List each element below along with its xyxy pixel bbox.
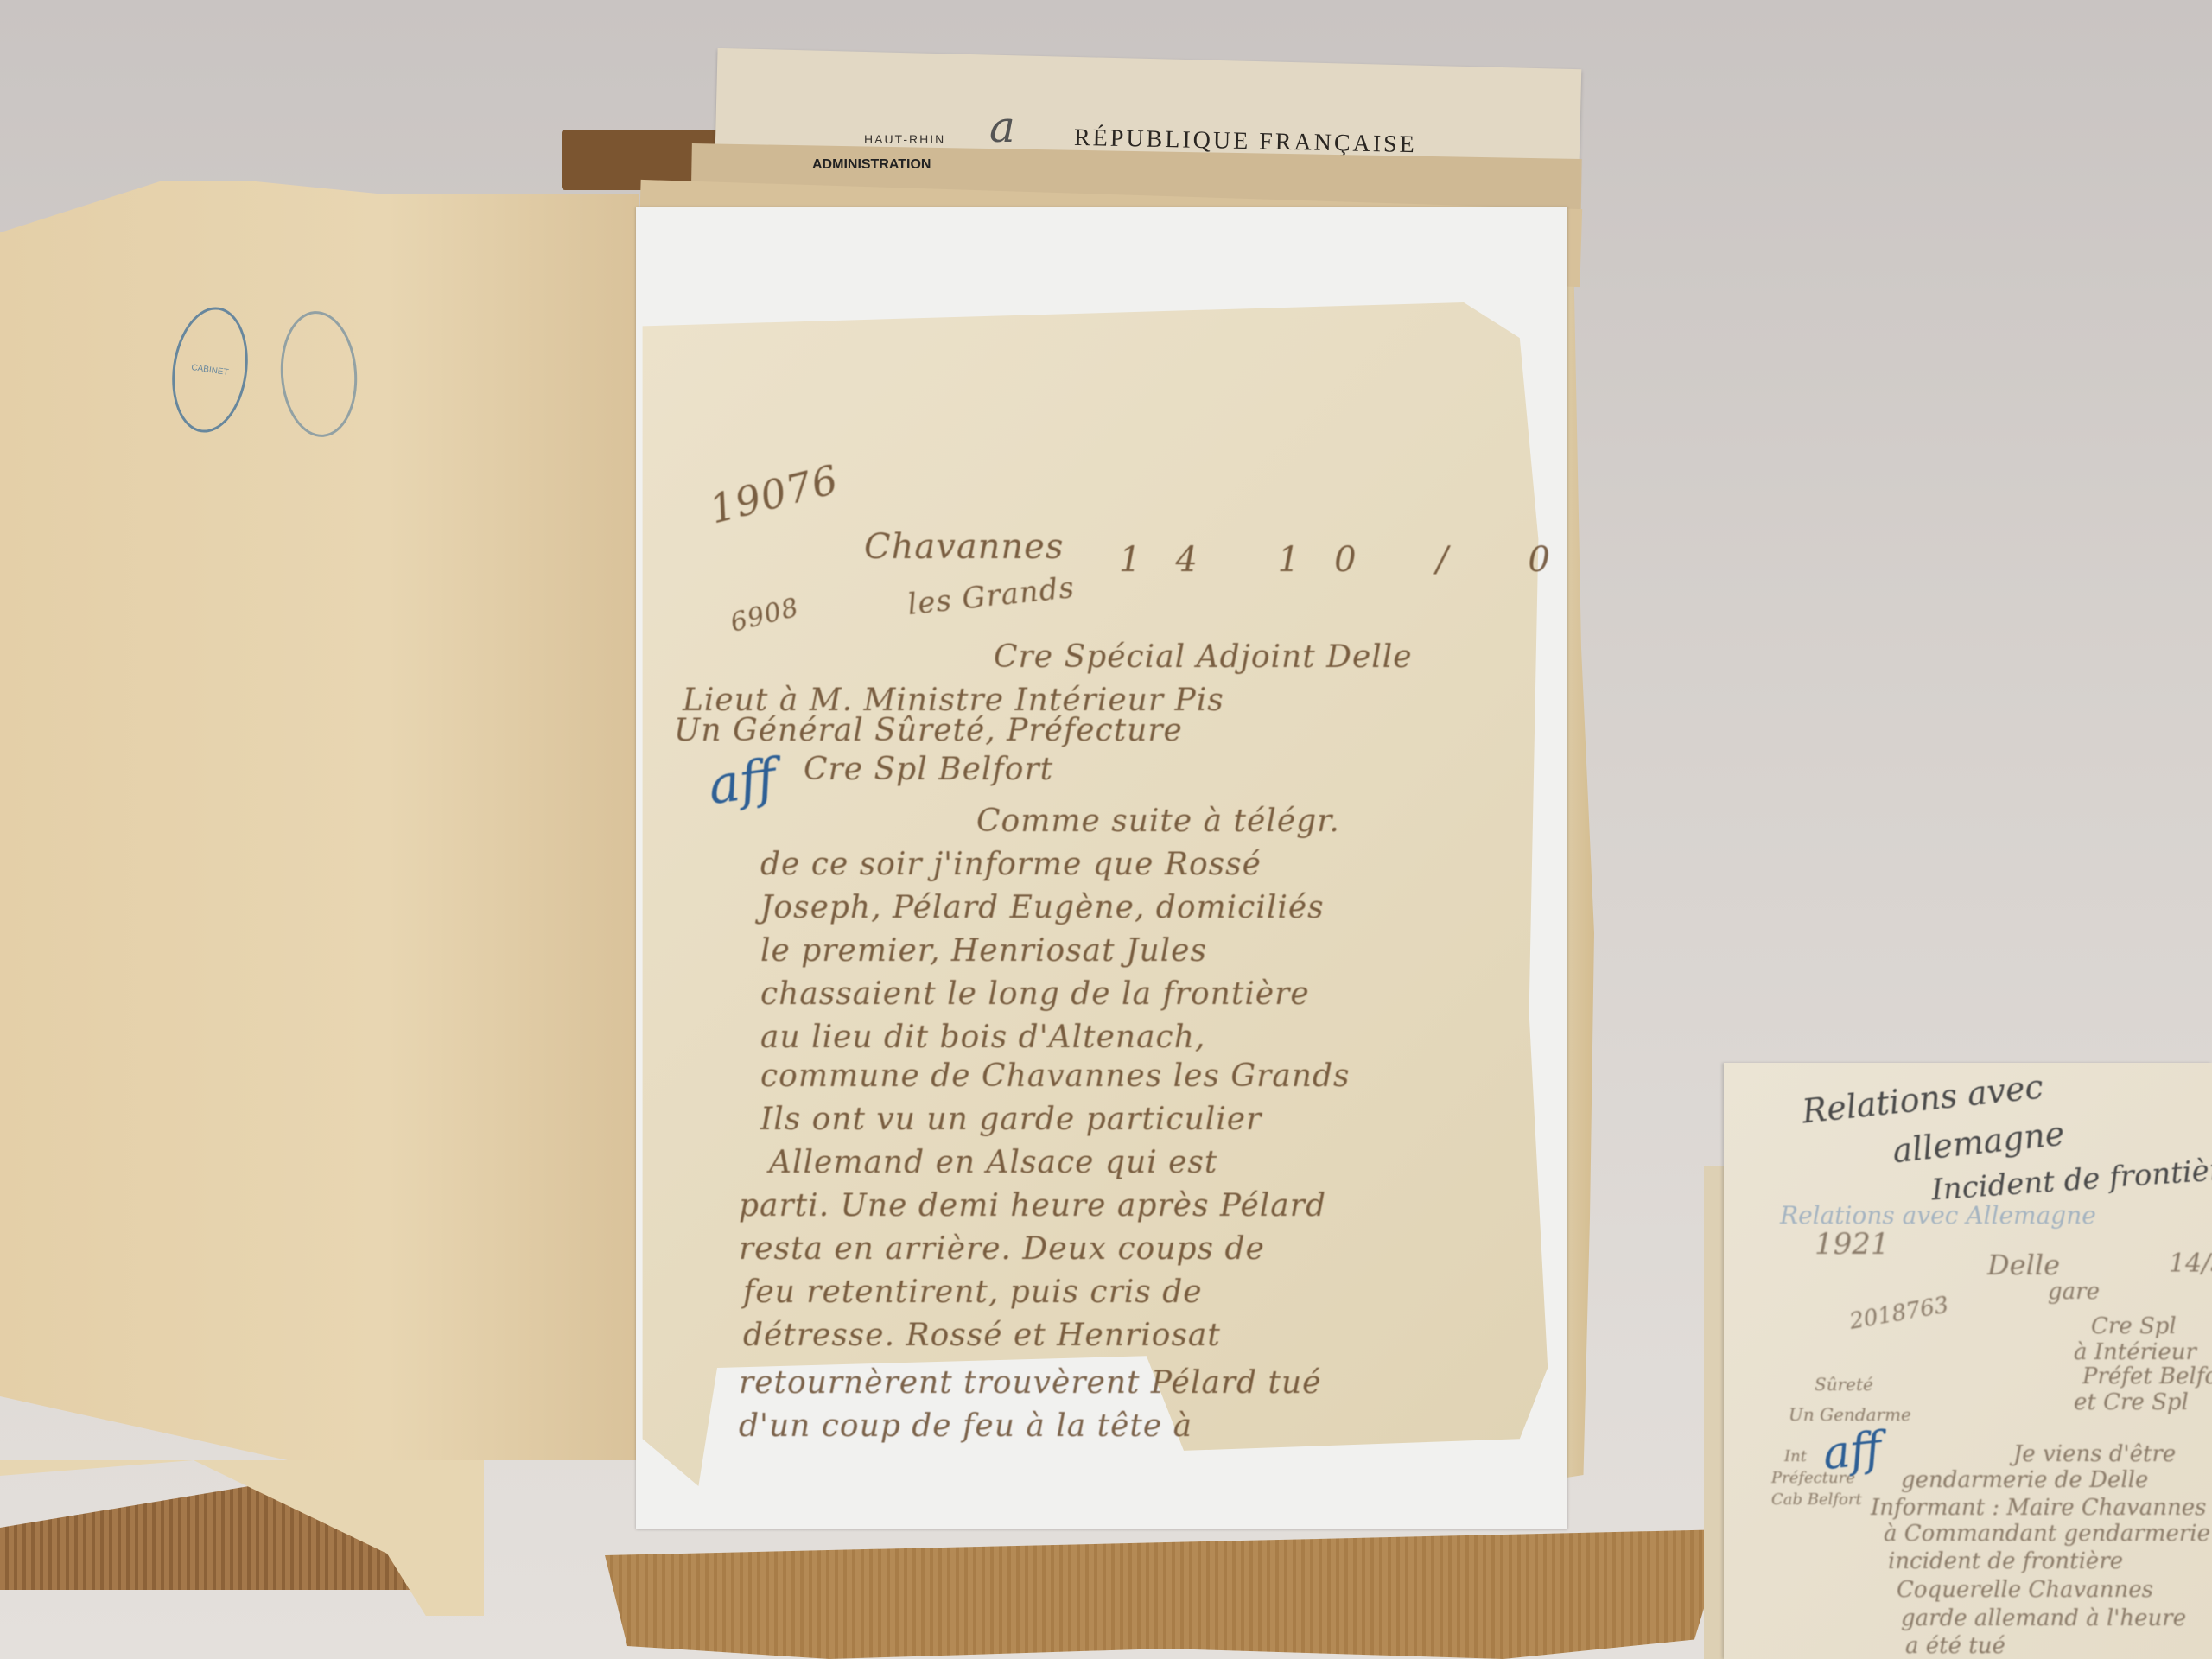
right-doc-margin-note-aff: aff	[1821, 1423, 1885, 1481]
letter-line: détresse. Rossé et Henriosat	[743, 1318, 1221, 1353]
letter-place: Chavannes	[864, 527, 1064, 567]
margin-note-aff: aff	[705, 747, 780, 817]
letter-line: Un Général Sûreté, Préfecture	[674, 713, 1183, 748]
letter-line: de ce soir j'informe que Rossé	[760, 847, 1262, 882]
right-doc-place: Delle	[1987, 1249, 2060, 1281]
right-doc-line: Coquerelle Chavannes	[1897, 1577, 2153, 1603]
letter-line: Comme suite à télégr.	[976, 804, 1340, 839]
letter-line: d'un coup de feu à la tête à	[739, 1408, 1192, 1444]
letterhead-office: ADMINISTRATION	[812, 157, 931, 173]
right-doc-line: garde allemand à l'heure	[1901, 1605, 2186, 1631]
letter-line: chassaient le long de la frontière	[760, 976, 1310, 1012]
right-doc-subplace: gare	[2048, 1279, 2100, 1305]
right-doc-margin-line: Int	[1784, 1447, 1807, 1465]
letter-line: Cre Spl Belfort	[804, 752, 1053, 787]
letter-line: Joseph, Pélard Eugène, domiciliés	[760, 890, 1325, 925]
letter-line: le premier, Henriosat Jules	[760, 933, 1207, 969]
right-doc-margin-line: Cab Belfort	[1771, 1491, 1862, 1509]
letter-line: feu retentirent, puis cris de	[743, 1274, 1203, 1310]
right-doc-line: a été tué	[1905, 1633, 2005, 1659]
letter-line: Allemand en Alsace qui est	[769, 1145, 1217, 1180]
right-doc-line: Préfet Belfort	[2082, 1363, 2212, 1389]
letter-line: commune de Chavannes les Grands	[760, 1058, 1350, 1094]
letterhead-department: HAUT-RHIN	[864, 132, 945, 146]
right-doc-line: et Cre Spl	[2074, 1389, 2189, 1415]
stamp-text: CABINET	[191, 363, 229, 378]
right-doc-line: Je viens d'être	[2013, 1441, 2176, 1467]
right-doc-line: à Commandant gendarmerie	[1884, 1521, 2210, 1547]
right-doc-number: 1921	[1815, 1227, 1890, 1262]
right-doc-margin-line: Un Gendarme	[1789, 1404, 1911, 1425]
letterhead-handwritten-mark: a	[989, 102, 1015, 152]
faded-blue-note: Relations avec Allemagne	[1780, 1201, 2096, 1230]
letter-line: retournèrent trouvèrent Pélard tué	[739, 1365, 1321, 1401]
letter-line: parti. Une demi heure après Pélard	[739, 1188, 1326, 1224]
right-doc-date: 14/3	[2169, 1249, 2212, 1279]
letter-line: Cre Spécial Adjoint Delle	[994, 639, 1413, 675]
cardboard-folder-bottom	[605, 1529, 1728, 1659]
right-doc-line: incident de frontière	[1888, 1548, 2123, 1574]
right-doc-line: gendarmerie de Delle	[1901, 1467, 2148, 1493]
letter-line: Ils ont vu un garde particulier	[760, 1102, 1262, 1137]
right-doc-line: Cre Spl	[2091, 1313, 2177, 1339]
right-doc-margin-line: Sûreté	[1815, 1374, 1873, 1395]
letter-line: au lieu dit bois d'Altenach,	[760, 1020, 1205, 1055]
letter-line: resta en arrière. Deux coups de	[739, 1231, 1265, 1267]
right-doc-line: à Intérieur	[2074, 1339, 2196, 1365]
letter-date: 14 10 / 0	[1119, 540, 1585, 580]
right-doc-line: Informant : Maire Chavannes	[1871, 1495, 2206, 1521]
